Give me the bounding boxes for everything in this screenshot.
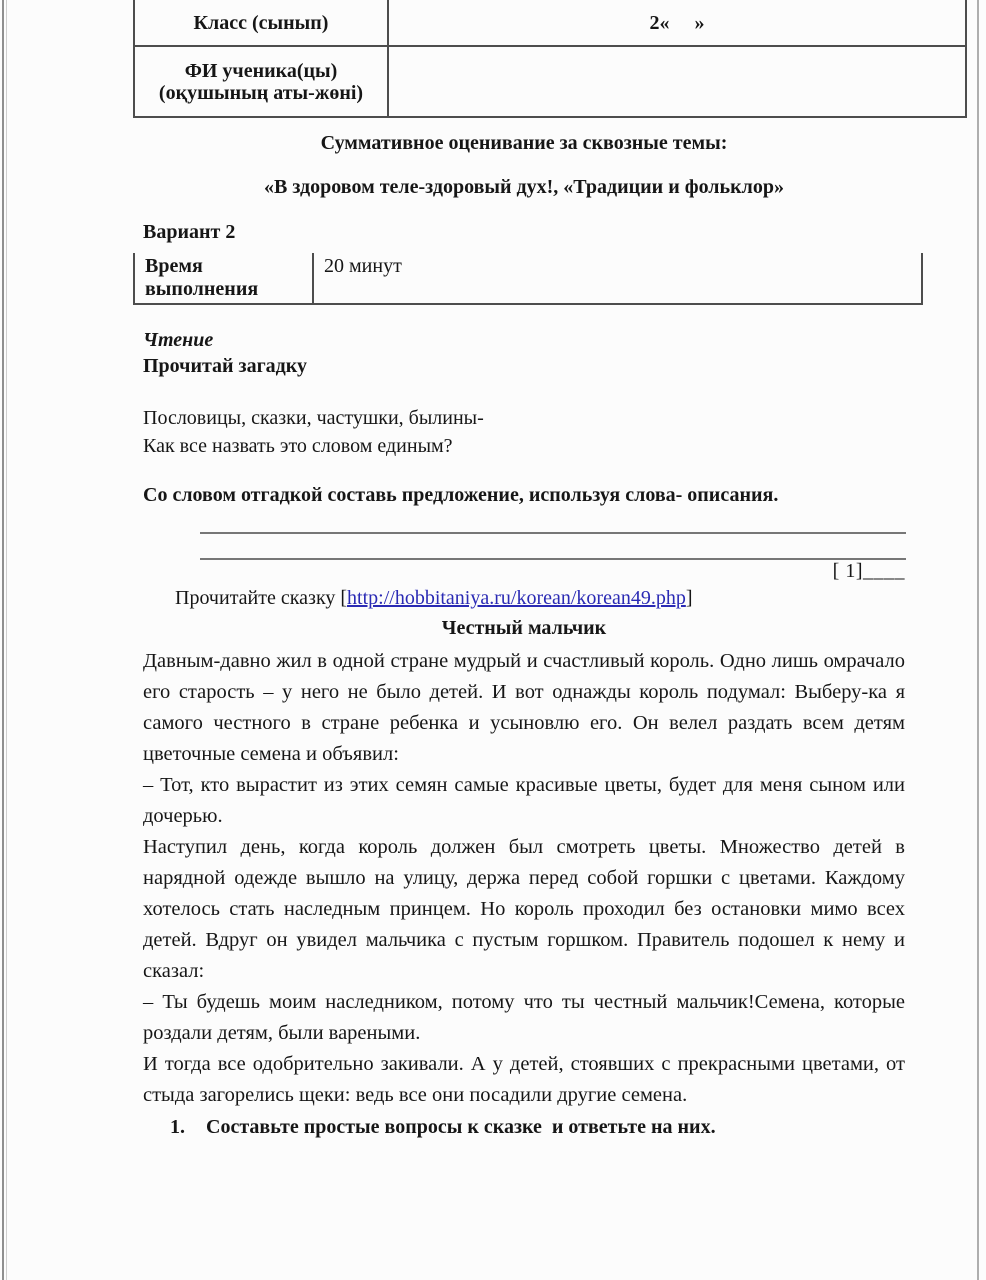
student-info-table: Класс (сынып) 2« » ФИ ученика(цы) (оқушы… [133, 0, 967, 118]
story-paragraph: И тогда все одобрительно закивали. А у д… [143, 1049, 905, 1111]
student-name-value-cell [387, 47, 967, 116]
riddle-line-2: Как все назвать это словом единым? [143, 432, 484, 460]
story-paragraph: Наступил день, когда король должен был с… [143, 832, 905, 987]
student-name-label-cell: ФИ ученика(цы) (оқушының аты-жөні) [133, 47, 387, 116]
story-title: Честный мальчик [143, 617, 905, 640]
document-page: Класс (сынып) 2« » ФИ ученика(цы) (оқушы… [0, 0, 986, 1280]
story-paragraph: Давным-давно жил в одной стране мудрый и… [143, 646, 905, 770]
story-paragraph: – Ты будешь моим наследником, потому что… [143, 987, 905, 1049]
page-subtitle: «В здоровом теле-здоровый дух!, «Традици… [143, 176, 905, 199]
page-left-edge-line [2, 0, 4, 1280]
time-label-line1: Время [145, 255, 302, 278]
riddle-line-1: Пословицы, сказки, частушки, былины- [143, 404, 484, 432]
question-text: Составьте простые вопросы к сказке и отв… [206, 1116, 716, 1139]
page-right-edge-line [977, 0, 979, 1280]
task-instruction: Со словом отгадкой составь предложение, … [143, 484, 778, 507]
story-intro-prefix: Прочитайте сказку [ [175, 587, 347, 609]
story-hyperlink[interactable]: http://hobbitaniya.ru/korean/korean49.ph… [347, 587, 686, 609]
time-label-cell: Время выполнения [133, 253, 312, 303]
student-name-label-line1: ФИ ученика(цы) [185, 60, 338, 82]
time-table: Время выполнения 20 минут [133, 253, 923, 305]
story-intro-line: Прочитайте сказку [http://hobbitaniya.ru… [175, 587, 693, 610]
reading-instruction: Прочитай загадку [143, 355, 307, 378]
section-title-reading: Чтение [143, 329, 213, 352]
class-label: Класс (сынып) [194, 12, 329, 34]
variant-label: Вариант 2 [143, 221, 235, 244]
table-row: ФИ ученика(цы) (оқушының аты-жөні) [133, 47, 967, 118]
class-value-cell: 2« » [387, 0, 967, 45]
table-row: Класс (сынып) 2« » [133, 0, 967, 47]
answer-line-1 [200, 518, 906, 534]
story-text: Давным-давно жил в одной стране мудрый и… [143, 646, 905, 1111]
question-number: 1. [170, 1116, 206, 1139]
score-label: [ 1] [833, 560, 863, 582]
riddle-text: Пословицы, сказки, частушки, былины- Как… [143, 404, 484, 460]
story-intro-suffix: ] [686, 587, 693, 609]
student-name-label-line2: (оқушының аты-жөні) [159, 82, 363, 104]
time-label-line2: выполнения [145, 278, 302, 301]
class-value: 2« » [650, 12, 705, 34]
score-marker: [ 1]____ [833, 560, 905, 583]
page-title: Суммативное оценивание за сквозные темы: [143, 132, 905, 155]
class-label-cell: Класс (сынып) [133, 0, 387, 45]
question-1: 1. Составьте простые вопросы к сказке и … [170, 1116, 910, 1139]
score-blank: ____ [863, 560, 905, 582]
story-paragraph: – Тот, кто вырастит из этих семян самые … [143, 770, 905, 832]
answer-line-2 [200, 544, 906, 560]
time-value-cell: 20 минут [312, 253, 923, 303]
time-value: 20 минут [324, 255, 911, 278]
page-left-edge-line-2 [6, 0, 7, 1280]
